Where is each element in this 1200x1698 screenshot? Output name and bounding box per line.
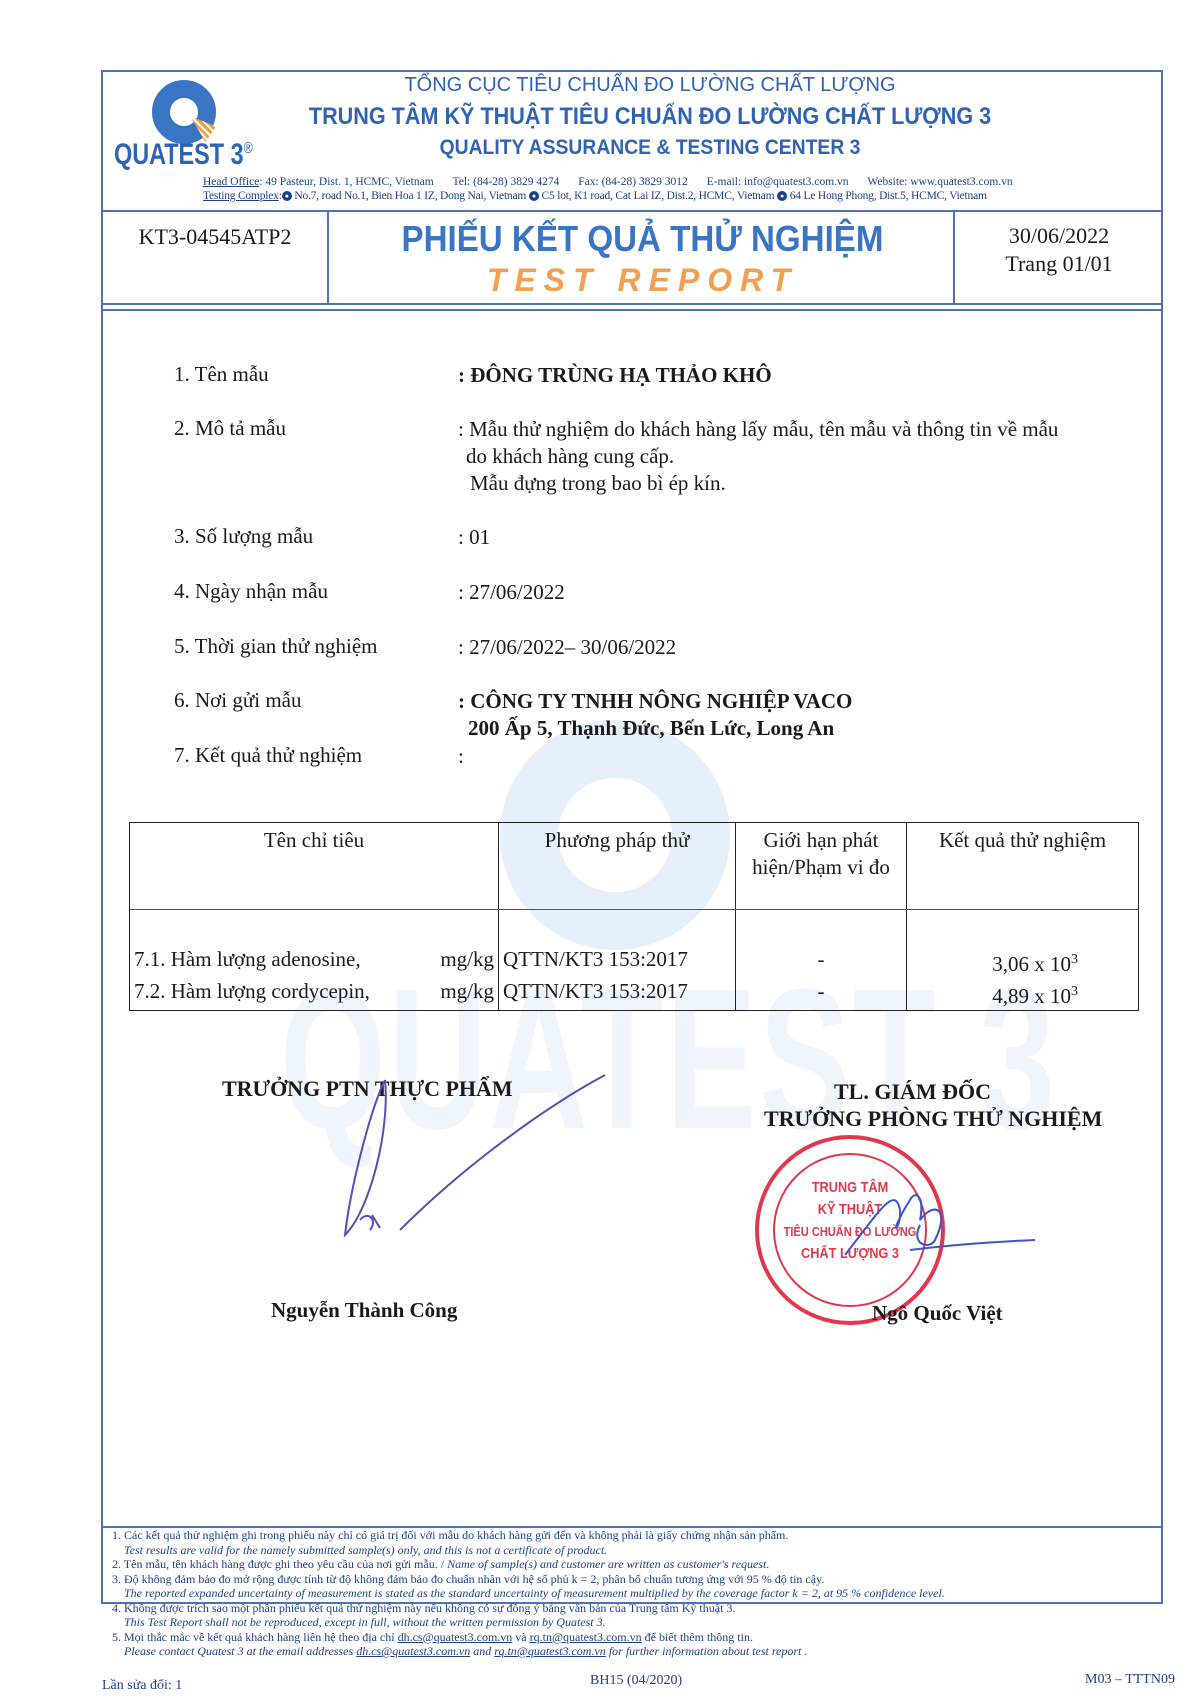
field-value-sender: : CÔNG TY TNHH NÔNG NGHIỆP VACO 200 Ấp 5…: [458, 688, 1148, 742]
row-method: QTTN/KT3 153:2017: [499, 978, 736, 1011]
logo-text: QUATEST 3®: [114, 138, 253, 172]
col-header-result: Kết quả thử nghiệm: [907, 823, 1139, 910]
revision-label: Lần sửa đổi: 1: [102, 1678, 182, 1694]
right-signatory-name: Ngô Quốc Việt: [872, 1301, 1003, 1326]
org-line-3: QUALITY ASSURANCE & TESTING CENTER 3: [310, 136, 991, 160]
field-label-quantity: 3. Số lượng mẫu: [174, 524, 313, 549]
field-value-results: :: [458, 743, 1148, 770]
right-signatory-title-2: TRƯỞNG PHÒNG THỬ NGHIỆM: [764, 1106, 1102, 1132]
right-signature-icon: [840, 1170, 1040, 1280]
form-code: BH15 (04/2020): [590, 1673, 682, 1689]
report-id: KT3-04545ATP2: [103, 224, 327, 250]
email-link-rq[interactable]: rq.tn@quatest3.com.vn: [530, 1630, 642, 1644]
report-date-block: 30/06/2022 Trang 01/01: [955, 222, 1163, 278]
table-header-row: Tên chỉ tiêu Phương pháp thử Giới hạn ph…: [130, 823, 1139, 910]
report-title-vn: PHIẾU KẾT QUẢ THỬ NGHIỆM: [355, 218, 930, 260]
field-label-received-date: 4. Ngày nhận mẫu: [174, 579, 328, 604]
field-value-sample-name: : ĐÔNG TRÙNG HẠ THẢO KHÔ: [458, 362, 1148, 389]
row-limit: -: [736, 978, 907, 1011]
table-row: 7.1. Hàm lượng adenosine,mg/kg QTTN/KT3 …: [130, 910, 1139, 979]
org-line-2: TRUNG TÂM KỸ THUẬT TIÊU CHUẨN ĐO LƯỜNG C…: [308, 103, 992, 131]
field-label-sender: 6. Nơi gửi mẫu: [174, 688, 301, 713]
left-signatory-name: Nguyễn Thành Công: [271, 1298, 457, 1323]
email-link-rq-en[interactable]: rq.tn@quatest3.com.vn: [494, 1644, 606, 1658]
col-header-name: Tên chỉ tiêu: [130, 823, 499, 910]
note-2: 2. Tên mẫu, tên khách hàng được ghi theo…: [112, 1557, 1152, 1572]
row-result: 3,06 x 103: [907, 910, 1139, 979]
location-pin-icon: ●: [777, 191, 787, 201]
org-line-1: TỔNG CỤC TIÊU CHUẨN ĐO LƯỜNG CHẤT LƯỢNG: [280, 74, 1020, 97]
note-3: 3. Độ không đảm bảo đo mở rộng được tính…: [112, 1572, 1152, 1601]
row-method: QTTN/KT3 153:2017: [499, 910, 736, 979]
col-header-method: Phương pháp thử: [499, 823, 736, 910]
row-limit: -: [736, 910, 907, 979]
field-label-description: 2. Mô tả mẫu: [174, 416, 286, 441]
report-title-en: TEST REPORT: [330, 262, 955, 299]
location-pin-icon: ●: [529, 191, 539, 201]
field-label-sample-name: 1. Tên mẫu: [174, 362, 269, 387]
document-code: M03 – TTTN09: [1085, 1672, 1175, 1688]
page-number: Trang 01/01: [955, 250, 1163, 278]
field-label-results: 7. Kết quả thử nghiệm: [174, 743, 362, 768]
title-divider-2: [101, 309, 1163, 311]
row-result: 4,89 x 103: [907, 978, 1139, 1011]
email-link-dh[interactable]: dh.cs@quatest3.com.vn: [398, 1630, 513, 1644]
email-link-dh-en[interactable]: dh.cs@quatest3.com.vn: [356, 1644, 470, 1658]
note-5: 5. Mọi thắc mắc về kết quả khách hàng li…: [112, 1630, 1152, 1659]
report-date: 30/06/2022: [955, 222, 1163, 250]
right-signatory-title-1: TL. GIÁM ĐỐC: [834, 1079, 991, 1105]
field-value-quantity: : 01: [458, 524, 1148, 551]
id-divider: [327, 210, 329, 305]
results-table: Tên chỉ tiêu Phương pháp thử Giới hạn ph…: [129, 822, 1139, 1011]
field-label-test-period: 5. Thời gian thử nghiệm: [174, 634, 378, 659]
table-row: 7.2. Hàm lượng cordycepin,mg/kg QTTN/KT3…: [130, 978, 1139, 1011]
row-name: 7.1. Hàm lượng adenosine,mg/kg: [130, 910, 499, 979]
field-value-received-date: : 27/06/2022: [458, 579, 1148, 606]
field-value-test-period: : 27/06/2022– 30/06/2022: [458, 634, 1148, 661]
col-header-limit: Giới hạn phát hiện/Phạm vi đo: [736, 823, 907, 910]
title-divider: [101, 303, 1163, 305]
row-name: 7.2. Hàm lượng cordycepin,mg/kg: [130, 978, 499, 1011]
field-value-description: : Mẫu thử nghiệm do khách hàng lấy mẫu, …: [458, 416, 1148, 497]
location-pin-icon: ●: [282, 191, 292, 201]
report-notes: 1. Các kết quả thử nghiệm ghi trong phiế…: [112, 1528, 1152, 1659]
header-divider: [101, 210, 1163, 212]
note-1: 1. Các kết quả thử nghiệm ghi trong phiế…: [112, 1528, 1152, 1557]
note-4: 4. Không được trích sao một phần phiếu k…: [112, 1601, 1152, 1630]
left-signature-icon: [340, 1070, 610, 1250]
head-office-line: Head Office: 49 Pasteur, Dist. 1, HCMC, …: [203, 176, 1013, 188]
testing-complex-line: Testing Complex:● No.7, road No.1, Bien …: [203, 190, 987, 202]
